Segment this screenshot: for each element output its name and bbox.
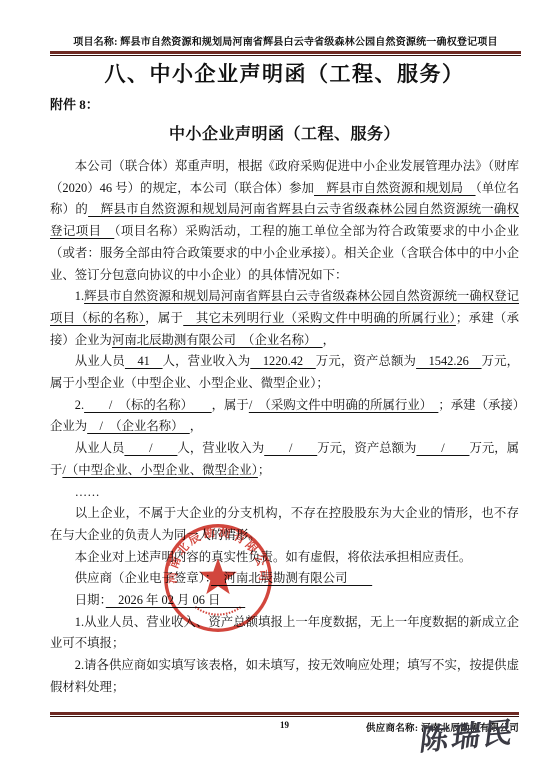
page-header: 项目名称: 辉县市自然资源和规划局河南省辉县白云寺省级森林公园自然资源统一确权登… bbox=[50, 33, 521, 56]
section-title: 八、中小企业声明函（工程、服务） bbox=[50, 58, 519, 88]
item2-revenue-underline: / bbox=[264, 441, 317, 455]
handwritten-signature: 陈瑞民 bbox=[418, 710, 519, 760]
date-label: 日期： bbox=[75, 593, 106, 607]
item1-detail-seg: 从业人员 bbox=[75, 354, 125, 368]
document-body: 八、中小企业声明函（工程、服务） 附件 8： 中小企业声明函（工程、服务） 本公… bbox=[50, 56, 519, 699]
paragraph-item1: 1.辉县市自然资源和规划局河南省辉县白云寺省级森林公园自然资源统一确权登记项目（… bbox=[50, 286, 519, 351]
paragraph-item2-detail: 从业人员 / 人，营业收入为 / 万元，资产总额为 / 万元，属于/（中型企业、… bbox=[50, 438, 519, 481]
paragraph-declaration: 本公司（联合体）郑重声明，根据《政府采购促进中小企业发展管理办法》（财库（202… bbox=[50, 156, 519, 286]
item2-detail-seg: 从业人员 bbox=[75, 441, 125, 455]
document-page: 项目名称: 辉县市自然资源和规划局河南省辉县白云寺省级森林公园自然资源统一确权登… bbox=[0, 0, 545, 765]
attachment-label: 附件 8： bbox=[50, 94, 519, 113]
paragraph-truthfulness: 本企业对上述声明内容的真实性负责。如有虚假，将依法承担相应责任。 bbox=[50, 547, 519, 569]
supplier-signature-line: 供应商（企业电子签章）： 河南北辰勘测有限公司 bbox=[50, 568, 519, 590]
item1-seg: ， bbox=[323, 333, 335, 347]
item1-revenue-underline: 1220.42 bbox=[250, 354, 315, 368]
item2-detail-seg: 万元，资产总额为 bbox=[317, 441, 416, 455]
header-rule-thick bbox=[50, 51, 521, 54]
item1-detail-seg: 人，营业收入为 bbox=[163, 354, 251, 368]
paragraph-no-branch: 以上企业，不属于大企业的分支机构，不存在控股股东为大企业的情形，也不存在与大企业… bbox=[50, 503, 519, 546]
paragraph-item1-detail: 从业人员 41 人，营业收入为 1220.42 万元，资产总额为 1542.26… bbox=[50, 351, 519, 394]
item1-detail-seg: 万元，资产总额为 bbox=[316, 354, 416, 368]
item2-employees-underline: / bbox=[124, 441, 177, 455]
item2-detail-seg: ； bbox=[258, 463, 270, 477]
item1-industry-underline: 其它未列明行业（采购文件中明确的所属行业） bbox=[183, 311, 456, 325]
declaration-title: 中小企业声明函（工程、服务） bbox=[50, 121, 519, 144]
note-2: 2.请各供应商如实填写该表格，如未填写，按无效响应处理；填写不实，按提供虚假材料… bbox=[50, 655, 519, 698]
para1-purchaser-underline: 辉县市自然资源和规划局 bbox=[314, 181, 476, 195]
item2-detail-seg: 人，营业收入为 bbox=[177, 441, 264, 455]
item2-seg: ，属于 bbox=[212, 398, 249, 412]
item2-size-underline: /（中型企业、小型企业、微型企业） bbox=[62, 463, 258, 477]
item2-seg: 2. bbox=[75, 398, 84, 412]
item1-employees-underline: 41 bbox=[125, 354, 163, 368]
paragraph-item2: 2. / （标的名称） ，属于/ （采购文件中明确的所属行业） ；承建（承接）企… bbox=[50, 395, 519, 438]
item1-assets-underline: 1542.26 bbox=[416, 354, 481, 368]
item2-company-underline: / （企业名称） bbox=[87, 419, 190, 433]
date-line: 日期： 2026 年 02 月 06 日 bbox=[50, 590, 519, 612]
item1-seg: 1. bbox=[75, 289, 84, 303]
item1-company-underline: 河南北辰勘测有限公司 （企业名称） bbox=[112, 333, 323, 347]
para1-seg: （项目名称）采购活动，工程的施工单位全部为符合政策要求的中小企业（或者：服务全部… bbox=[50, 224, 519, 281]
item2-subject-underline: / （标的名称） bbox=[84, 398, 212, 412]
supplier-name-underline: 河南北辰勘测有限公司 bbox=[211, 571, 372, 585]
note-1: 1.从业人员、营业收入、资产总额填报上一年度数据，无上一年度数据的新成立企业可不… bbox=[50, 612, 519, 655]
date-value-underline: 2026 年 02 月 06 日 bbox=[106, 593, 245, 607]
item2-assets-underline: / bbox=[416, 441, 469, 455]
paragraph-ellipsis: …… bbox=[50, 482, 519, 504]
supplier-label: 供应商（企业电子签章）： bbox=[75, 571, 211, 585]
item2-seg: ， bbox=[190, 419, 202, 433]
item1-seg: ，属于 bbox=[145, 311, 183, 325]
item2-industry-underline: / （采购文件中明确的所属行业） bbox=[249, 398, 439, 412]
header-project-name: 项目名称: 辉县市自然资源和规划局河南省辉县白云寺省级森林公园自然资源统一确权登… bbox=[50, 33, 521, 48]
